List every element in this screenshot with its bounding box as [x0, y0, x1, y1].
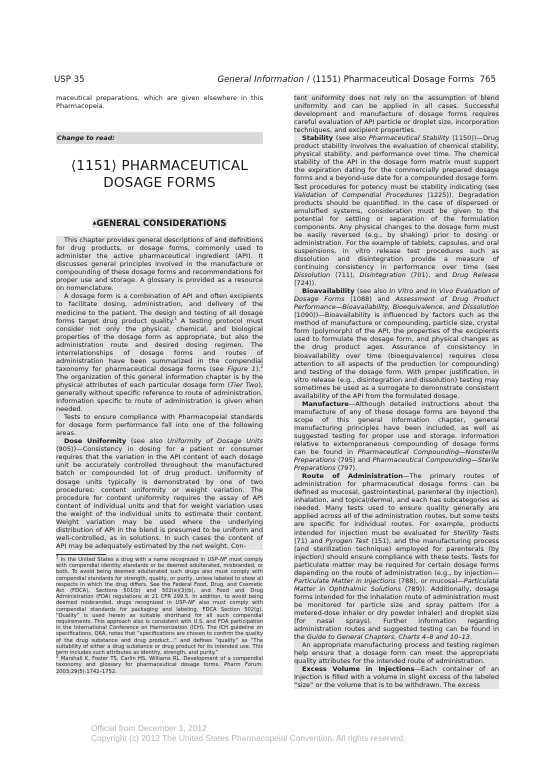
- chapter-name: ⟨1151⟩ Pharmaceutical Dosage Forms: [312, 75, 474, 85]
- validation-ref[interactable]: Validation of Compendial Procedures: [294, 191, 423, 199]
- copyright-footer: Official from December 1, 2012 Copyright…: [91, 723, 406, 743]
- footnote-ref-2[interactable]: 2: [260, 364, 263, 369]
- highlighted-revision-block: This chapter provides general descriptio…: [56, 236, 263, 550]
- change-to-read-label: Change to read:: [56, 132, 263, 144]
- book-edition: USP 35: [54, 74, 85, 86]
- chapter-running-title: General Information / ⟨1151⟩ Pharmaceuti…: [217, 74, 496, 86]
- copyright-notice: Copyright (c) 2012 The United States Pha…: [91, 733, 406, 743]
- official-date: Official from December 1, 2012: [91, 723, 406, 733]
- paragraph-content-uniformity-tail: tent uniformity does not rely on the ass…: [294, 94, 499, 134]
- dissolution-ref[interactable]: Dissolution: [294, 271, 330, 279]
- disintegration-ref[interactable]: Disintegration: [360, 271, 406, 279]
- chapter-title: ⟨1151⟩ PHARMACEUTICAL DOSAGE FORMS: [56, 158, 263, 192]
- section-heading-general-considerations: ▲GENERAL CONSIDERATIONS: [56, 218, 263, 228]
- stability-ref[interactable]: Pharmaceutical Stability: [369, 134, 449, 142]
- page-number: 765: [480, 75, 496, 85]
- particulate-injections-ref[interactable]: Particulate Matter in Injections: [294, 577, 396, 585]
- dose-uniformity-ref[interactable]: Uniformity of Dosage Units: [167, 437, 263, 445]
- left-column: maceutical preparations, which are given…: [56, 94, 263, 675]
- paragraph-stability: Stability (see also Pharmaceutical Stabi…: [294, 134, 499, 287]
- manufacture-heading: Manufacture: [302, 400, 349, 408]
- paragraph-overview: This chapter provides general descriptio…: [56, 236, 263, 292]
- paragraph-dose-uniformity: Dose Uniformity (see also Uniformity of …: [56, 437, 263, 550]
- bioavailability-heading: Bioavailability: [302, 287, 355, 295]
- running-header: USP 35 General Information / ⟨1151⟩ Phar…: [54, 74, 496, 86]
- footnote-1: 1 In the United States a drug with a nam…: [56, 557, 263, 656]
- paragraph-bioavailability: Bioavailability (see also In Vitro and I…: [294, 287, 499, 400]
- document-page: USP 35 General Information / ⟨1151⟩ Phar…: [0, 0, 550, 777]
- sterility-tests-ref[interactable]: Sterility Tests: [453, 529, 499, 537]
- paragraph-dosage-form-definition: A dosage form is a combination of API an…: [56, 292, 263, 413]
- paragraph-manufacture: Manufacture—Although detailed instructio…: [294, 400, 499, 472]
- pyrogen-test-ref[interactable]: Pyrogen Test: [326, 537, 369, 545]
- route-heading: Route of Administration: [302, 472, 403, 480]
- paragraph-excess-volume: Excess Volume in Injections—Each contain…: [294, 665, 499, 689]
- right-column: tent uniformity does not rely on the ass…: [294, 94, 499, 689]
- footnote-2: 2 Marshall K, Foster TS, Carlin HS, Will…: [56, 656, 263, 675]
- footnotes: 1 In the United States a drug with a nam…: [56, 554, 263, 675]
- stability-heading: Stability: [302, 134, 333, 142]
- guide-to-general-chapters-ref[interactable]: Guide to General Chapters, Charts 4–8 an…: [307, 633, 470, 641]
- footnote-divider: [56, 554, 106, 555]
- drug-release-ref[interactable]: Drug Release: [452, 271, 499, 279]
- figure-ref[interactable]: Figure 1: [227, 365, 256, 373]
- excess-volume-heading: Excess Volume in Injections: [302, 665, 414, 673]
- paragraph-regimen: An appropriate manufacturing process and…: [294, 641, 499, 665]
- paragraph-test-areas: Tests to ensure compliance with Pharmaco…: [56, 413, 263, 437]
- intro-tail-paragraph: maceutical preparations, which are given…: [56, 94, 263, 110]
- paragraph-route-of-administration: Route of Administration—The primary rout…: [294, 472, 499, 641]
- dose-uniformity-heading: Dose Uniformity: [64, 437, 126, 445]
- section-label: General Information: [217, 75, 304, 85]
